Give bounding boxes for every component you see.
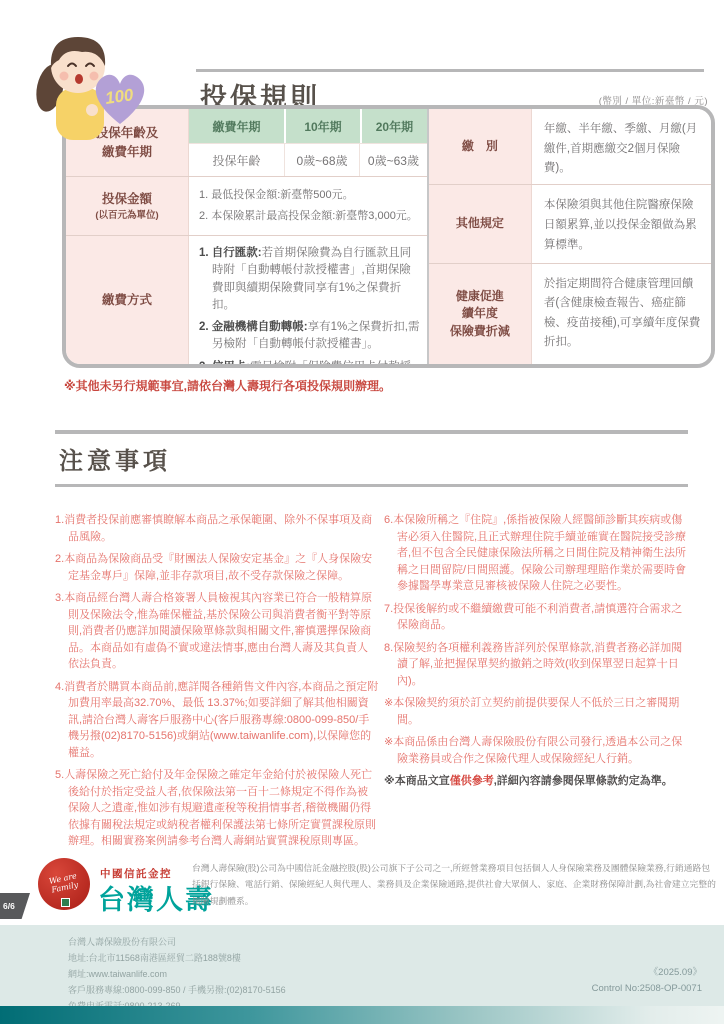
bottom-teal-gradient-bar: [0, 1006, 724, 1024]
badge-green-square-icon: [61, 898, 70, 907]
label-insured-amount: 投保金額 (以百元為單位): [66, 177, 189, 235]
label-payment-mode: 繳 別: [429, 109, 532, 184]
label-age-period: 投保年齡及 繳費年期: [66, 109, 189, 176]
note-item: 1.消費者投保前應審慎瞭解本商品之承保範圍、除外不保事項及商品風險。: [55, 512, 379, 545]
version-date: 《2025.09》: [592, 965, 702, 981]
header-payment-term: 繳費年期: [189, 109, 284, 143]
cell-age-range-10: 0歲~68歲: [285, 144, 360, 176]
age-period-grid: 繳費年期 10年期 20年期 投保年齡 0歲~68歲 0歲~63歲: [189, 109, 427, 176]
section-title-notes: 注意事項: [59, 441, 688, 476]
note-item: 7.投保後解約或不繼續繳費可能不利消費者,請慎選符合需求之保險商品。: [384, 601, 688, 634]
header-term-10: 10年期: [286, 109, 360, 143]
service-hotline: 客戶服務專線:0800-099-850 / 手機另撥:(02)8170-5156: [68, 982, 286, 998]
cell-age-range-20: 0歲~63歲: [360, 144, 427, 176]
document-control-info: 《2025.09》 Control No:2508-OP-0071: [592, 965, 702, 997]
company-address: 地址:台北市11568南港區經貿二路188號8樓: [68, 950, 286, 966]
company-description: 台灣人壽保險(股)公司為中國信託金融控股(股)公司旗下子公司之一,所經營業務項目…: [192, 860, 716, 909]
other-rules-content: 本保險須與其他住院醫療保險日額累算,並以投保金額做為累算標準。: [532, 185, 711, 262]
disclaimer-highlight: 僅供參考: [450, 775, 494, 787]
control-number: Control No:2508-OP-0071: [592, 981, 702, 997]
note-star-item: ※本商品係由台灣人壽保險股份有限公司發行,透過本公司之保險業務員或合作之保險代理…: [384, 734, 688, 767]
insured-amount-content: 1. 最低投保金額:新臺幣500元。 2. 本保險累計最高投保金額:新臺幣3,0…: [189, 177, 427, 235]
note-item: 4.消費者於購買本商品前,應詳閱各種銷售文件內容,本商品之預定附加費用率最高32…: [55, 679, 379, 762]
note-item: 2.本商品為保險商品受『財團法人保險安定基金』之『人身保險安定基金專戶』保障,並…: [55, 551, 379, 584]
rules-table-right: 繳 別 年繳、半年繳、季繳、月繳(月繳件,首期應繳交2個月保險費)。 其他規定 …: [427, 109, 711, 364]
rules-table: 投保年齡及 繳費年期 繳費年期 10年期 20年期 投保年齡 0歲~68歲 0歲…: [62, 105, 715, 368]
company-name: 台灣人壽保險股份有限公司: [68, 934, 286, 950]
amount-item: 2. 本保險累計最高投保金額:新臺幣3,000元。: [199, 206, 423, 227]
contact-footer: 台灣人壽保險股份有限公司 地址:台北市11568南港區經貿二路188號8樓 網址…: [0, 925, 724, 1006]
amount-item: 1. 最低投保金額:新臺幣500元。: [199, 185, 423, 206]
payment-item: 1. 自行匯款:若首期保險費為自行匯款且同時附「自動轉帳付款授權書」,首期保險費…: [199, 245, 421, 314]
payment-item: 3. 信用卡:需另檢附「保險費信用卡付款授權書」。: [199, 359, 421, 369]
note-item: 3.本商品經台灣人壽合格簽署人員檢視其內容業已符合一般精算原則及保險法令,惟為確…: [55, 590, 379, 673]
rules-table-left: 投保年齡及 繳費年期 繳費年期 10年期 20年期 投保年齡 0歲~68歲 0歲…: [66, 109, 427, 364]
note-disclaimer: ※本商品文宣僅供參考,詳細內容請參閱保單條款約定為準。: [384, 773, 688, 790]
note-star-item: ※本保險契約須於訂立契約前提供要保人不低於三日之審閱期間。: [384, 695, 688, 728]
health-discount-content: 於指定期間符合健康管理回饋者(含健康檢查報告、癌症篩檢、疫苗接種),可享續年度保…: [532, 264, 711, 364]
note-item: 6.本保險所稱之『住院』,係指被保險人經醫師診斷其疾病或傷害必須入住醫院,且正式…: [384, 512, 688, 595]
label-payment-method: 繳費方式: [66, 236, 189, 364]
payment-item: 2. 金融機構自動轉帳:享有1%之保費折扣,需另檢附「自動轉帳付款授權書」。: [199, 319, 421, 354]
payment-method-content: 1. 自行匯款:若首期保險費為自行匯款且同時附「自動轉帳付款授權書」,首期保險費…: [189, 236, 427, 364]
document-page: 100 投保規則 (幣別 / 單位:新臺幣 / 元) 投保年齡及 繳費年期 繳費…: [0, 0, 724, 1024]
payment-mode-content: 年繳、半年繳、季繳、月繳(月繳件,首期應繳交2個月保險費)。: [532, 109, 711, 184]
page-number-tab: 6/6: [0, 893, 30, 919]
header-term-20: 20年期: [362, 109, 427, 143]
note-item: 8.保險契約各項權利義務皆詳列於保單條款,消費者務必詳加閱讀了解,並把握保單契約…: [384, 640, 688, 690]
title-top-rule: [196, 69, 704, 72]
label-other-rules: 其他規定: [429, 185, 532, 262]
label-health-discount: 健康促進 續年度 保險費折減: [429, 264, 532, 364]
note-item: 5.人壽保險之死亡給付及年金保險之確定年金給付於被保險人死亡後給付於指定受益人者…: [55, 767, 379, 850]
notes-column-right: 6.本保險所稱之『住院』,係指被保險人經醫師診斷其疾病或傷害必須入住醫院,且正式…: [384, 512, 688, 796]
contact-info: 台灣人壽保險股份有限公司 地址:台北市11568南港區經貿二路188號8樓 網址…: [68, 934, 286, 1014]
cell-issue-age: 投保年齡: [189, 144, 285, 176]
notes-heading-block: 注意事項: [55, 430, 688, 487]
company-website[interactable]: 網址:www.taiwanlife.com: [68, 966, 286, 982]
rules-footnote: ※其他未另行規範事宜,請依台灣人壽現行各項投保規則辦理。: [64, 377, 391, 394]
notes-column-left: 1.消費者投保前應審慎瞭解本商品之承保範圍、除外不保事項及商品風險。 2.本商品…: [55, 512, 379, 856]
